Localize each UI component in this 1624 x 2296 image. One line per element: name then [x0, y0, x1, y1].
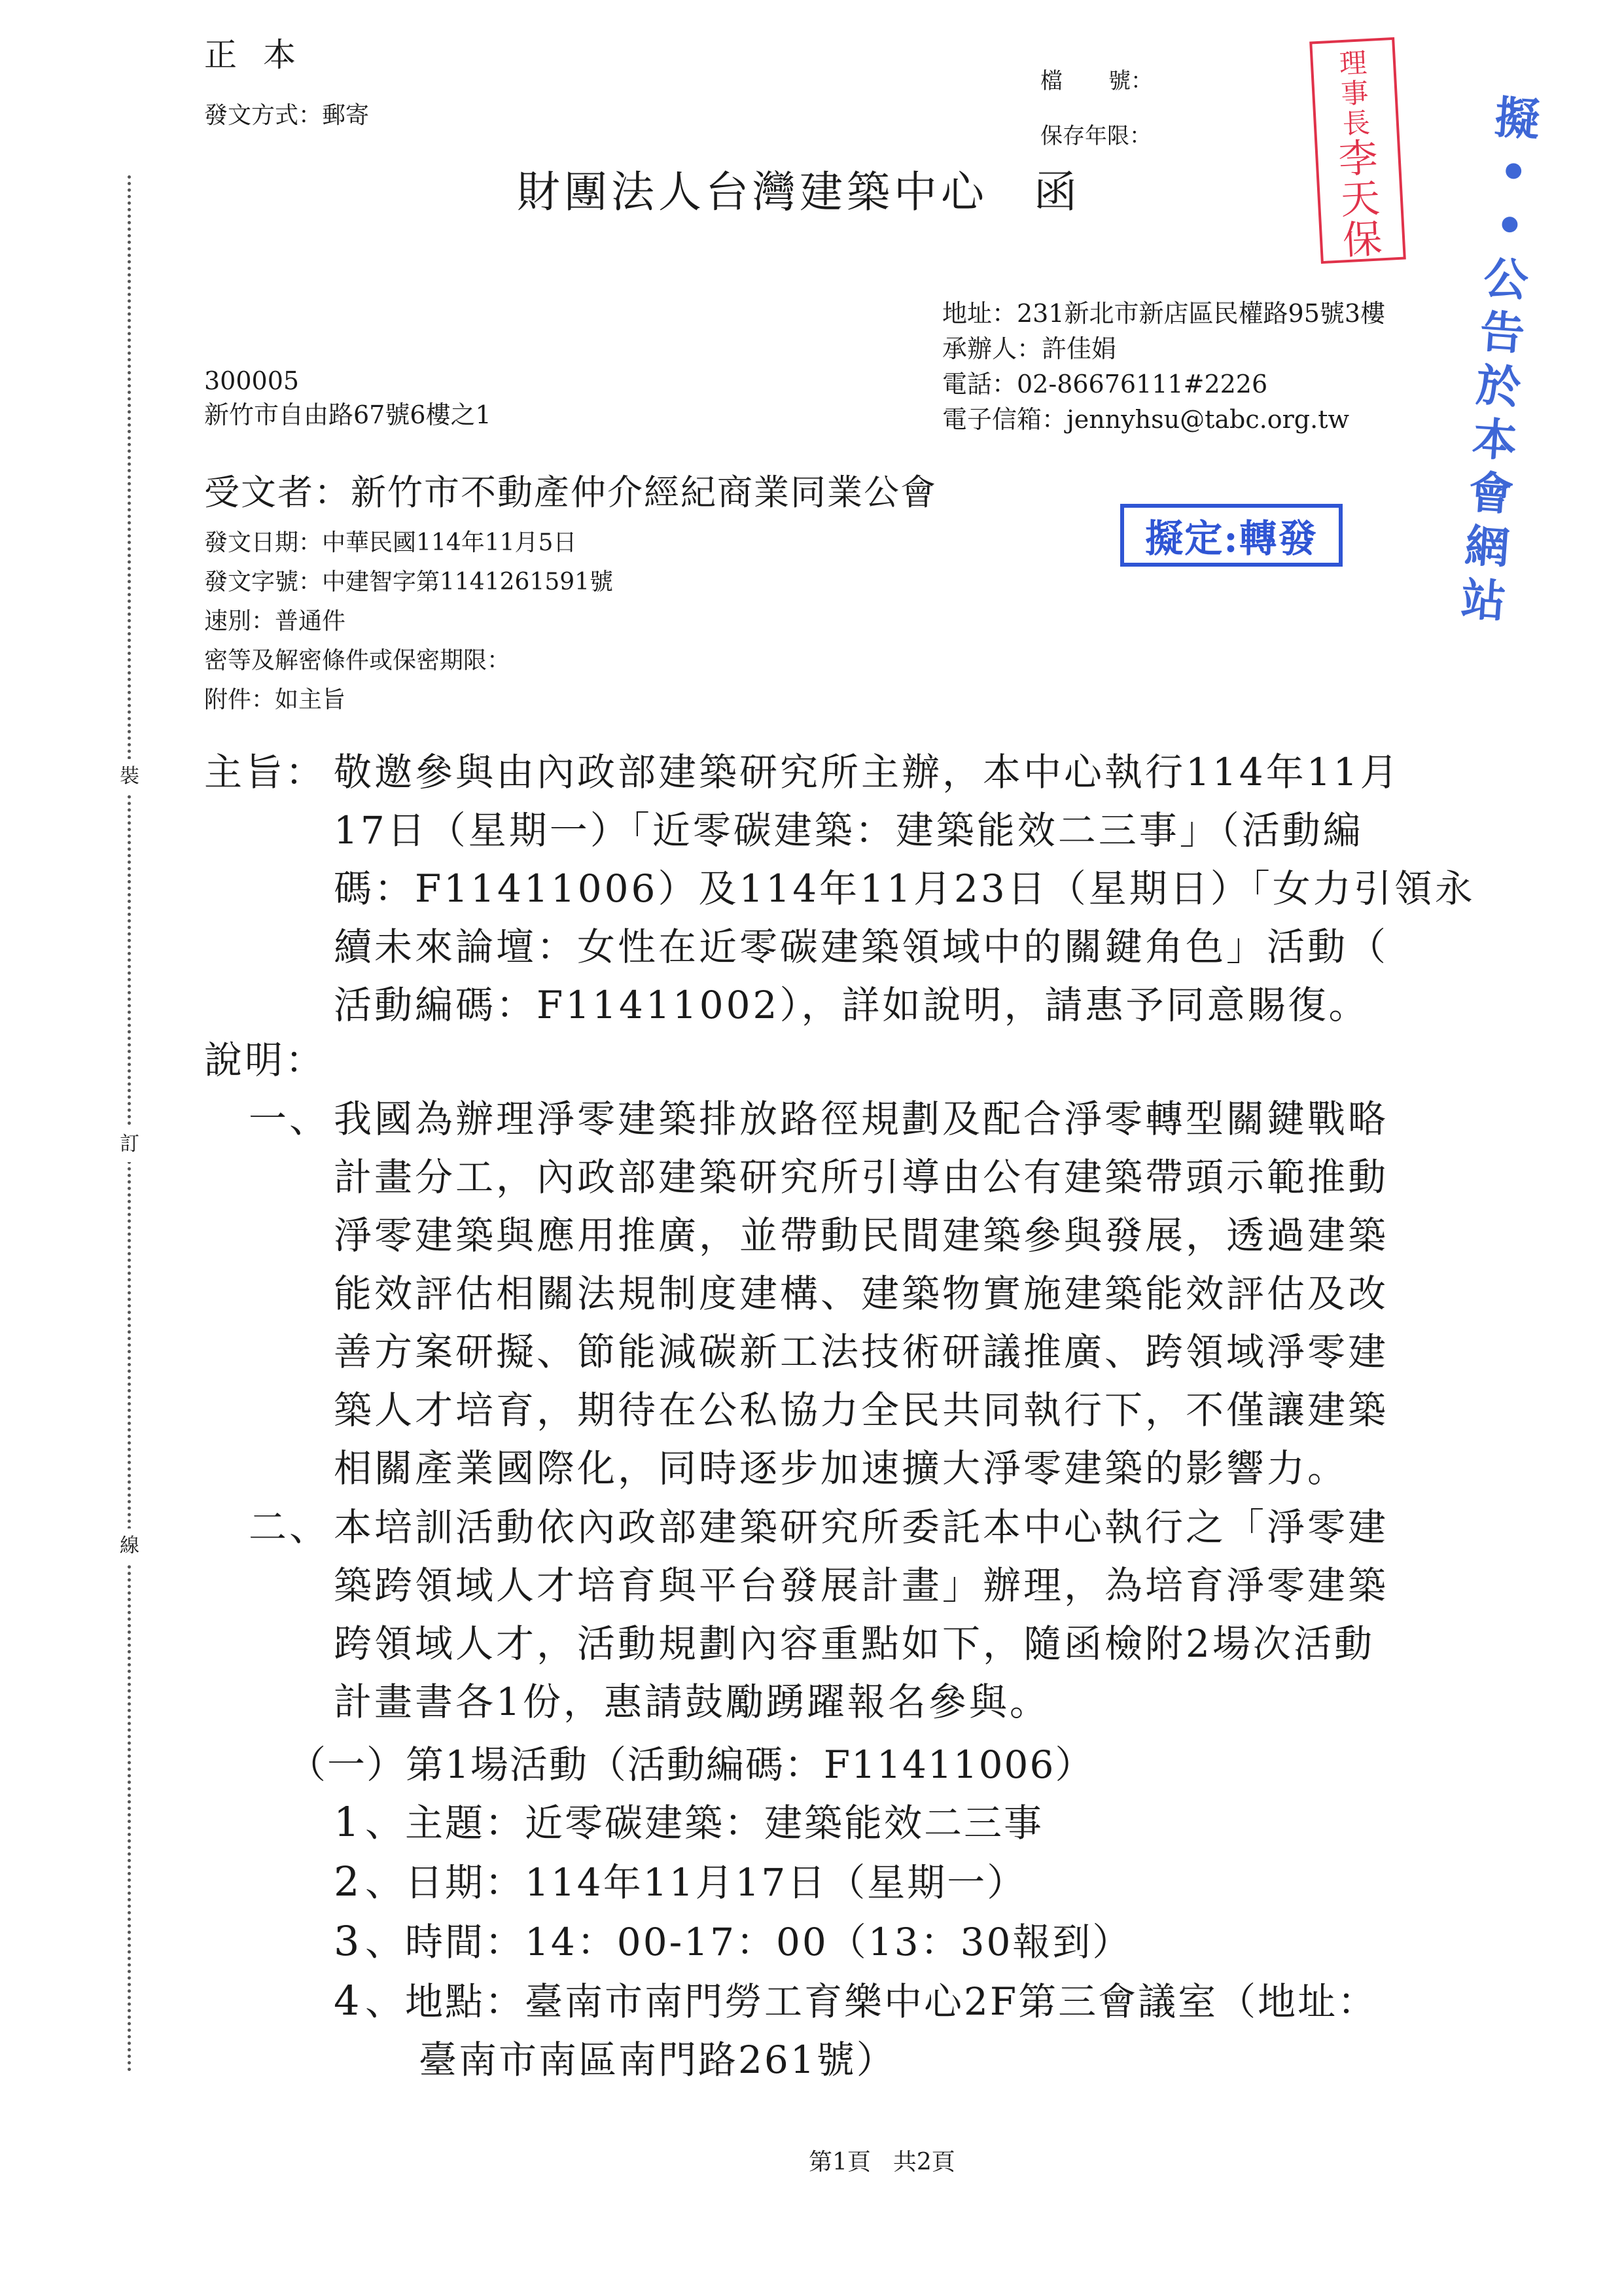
note-char: 告 — [1478, 305, 1527, 362]
subject-line: 敬邀參與由內政部建築研究所主辦，本中心執行114年11月 — [334, 743, 1475, 802]
note-char: 於 — [1474, 359, 1523, 415]
copy-type-label: 正本 — [204, 29, 322, 76]
binding-mark-xian: 線 — [115, 1528, 144, 1564]
send-method: 發文方式：郵寄 — [204, 97, 369, 130]
page-total: 共2頁 — [893, 2149, 955, 2176]
session-detail-location-continued: 臺南市南區南門路261號） — [334, 2031, 1377, 2089]
paragraph-line: 築人才培育，期待在公私協力全民共同執行下，不僅讓建築 — [334, 1381, 1388, 1439]
subject-text: 敬邀參與由內政部建築研究所主辦，本中心執行114年11月 17日（星期一）「近零… — [334, 743, 1475, 1034]
subject-line: 17日（星期一）「近零碳建築：建築能效二三事」（活動編 — [334, 802, 1475, 860]
paragraph-line: 跨領域人才，活動規劃內容重點如下，隨函檢附2場次活動 — [334, 1615, 1388, 1673]
paragraph-line: 計畫書各1份，惠請鼓勵踴躍報名參與。 — [334, 1673, 1388, 1731]
postal-code: 300005 — [204, 364, 491, 398]
session-detail-date: 2、日期：114年11月17日（星期一） — [334, 1852, 1377, 1912]
note-char: • — [1494, 198, 1526, 254]
binding-dotted-line — [128, 175, 131, 2073]
detail-number: 1 — [334, 1793, 365, 1851]
detail-text: 、日期：114年11月17日（星期一） — [365, 1860, 1027, 1905]
paragraph-line: 計畫分工，內政部建築研究所引導由公有建築帶頭示範推動 — [334, 1148, 1388, 1207]
stamp-char: 事 — [1340, 78, 1369, 109]
explanation-item-2: 本培訓活動依內政部建築研究所委託本中心執行之「淨零建 築跨領域人才培育與平台發展… — [334, 1498, 1388, 1731]
stamp-char: 保 — [1342, 219, 1383, 261]
paragraph-line: 本培訓活動依內政部建築研究所委託本中心執行之「淨零建 — [334, 1498, 1388, 1557]
classification: 密等及解密條件或保密期限： — [204, 641, 613, 680]
decision-forward-stamp: 擬定:轉發 — [1120, 504, 1343, 567]
file-number-label-2: 號： — [1108, 68, 1153, 94]
file-number-label-1: 檔 — [1040, 68, 1063, 94]
session-1-heading: （一）第1場活動（活動編碼：F11411006） — [288, 1734, 1094, 1789]
urgency: 速別：普通件 — [204, 602, 613, 641]
subject-label: 主旨： — [204, 743, 326, 802]
letter-type: 函 — [1034, 167, 1081, 217]
paragraph-line: 善方案研擬、節能減碳新工法技術研議推廣、跨領域淨零建 — [334, 1323, 1388, 1381]
attachment: 附件：如主旨 — [204, 680, 613, 720]
explanation-item-1: 我國為辦理淨零建築排放路徑規劃及配合淨零轉型關鍵戰略 計畫分工，內政部建築研究所… — [334, 1090, 1388, 1498]
document-meta: 發文日期：中華民國114年11月5日 發文字號：中建智字第1141261591號… — [204, 523, 613, 720]
detail-text: 、主題：近零碳建築：建築能效二三事 — [365, 1801, 1044, 1845]
sender-handler: 承辦人：許佳娟 — [942, 331, 1385, 366]
paragraph-line: 能效評估相關法規制度建構、建築物實施建築能效評估及改 — [334, 1265, 1388, 1323]
retention-period-field: 保存年限： — [1040, 118, 1152, 150]
sender-phone: 電話：02-86676111#2226 — [942, 366, 1385, 402]
chairman-seal-stamp: 理 事 長 李 天 保 — [1309, 37, 1406, 264]
stamp-char: 長 — [1342, 108, 1371, 139]
sender-address: 地址：231新北市新店區民權路95號3樓 — [942, 296, 1385, 331]
page-current: 第1頁 — [809, 2149, 871, 2176]
street-address: 新竹市自由路67號6樓之1 — [204, 398, 491, 432]
binding-mark-ding: 訂 — [115, 1127, 144, 1162]
paragraph-line: 築跨領域人才培育與平台發展計畫」辦理，為培育淨零建築 — [334, 1557, 1388, 1615]
stamp-char: 天 — [1339, 178, 1381, 221]
org-name: 財團法人台灣建築中心 — [517, 167, 988, 217]
note-char: 本 — [1471, 412, 1519, 468]
note-char: • — [1497, 145, 1529, 200]
session-detail-location: 4、地點：臺南市南門勞工育樂中心2F第三會議室（地址： — [334, 1971, 1377, 2031]
note-char: 網 — [1463, 519, 1511, 576]
detail-text: 、時間：14：00-17：00（13：30報到） — [365, 1920, 1132, 1964]
detail-number: 2 — [334, 1852, 365, 1911]
subject-line: 活動編碼：F11411002），詳如說明，請惠予同意賜復。 — [334, 976, 1475, 1034]
session-1-details: 1、主題：近零碳建築：建築能效二三事 2、日期：114年11月17日（星期一） … — [334, 1793, 1377, 2089]
note-char: 站 — [1459, 573, 1508, 629]
publish-on-website-note: 擬 • • 公 告 於 本 會 網 站 — [1446, 90, 1555, 630]
file-number-field: 檔號： — [1040, 63, 1153, 95]
detail-text: 、地點：臺南市南門勞工育樂中心2F第三會議室（地址： — [365, 1979, 1377, 2024]
explanation-item-1-marker: 一、 — [249, 1090, 330, 1148]
session-detail-time: 3、時間：14：00-17：00（13：30報到） — [334, 1912, 1377, 1971]
document-number: 發文字號：中建智字第1141261591號 — [204, 563, 613, 602]
letter-title: 財團法人台灣建築中心函 — [517, 157, 1081, 219]
explanation-item-2-marker: 二、 — [249, 1498, 330, 1557]
issue-date: 發文日期：中華民國114年11月5日 — [204, 523, 613, 563]
stamp-char: 李 — [1337, 137, 1379, 180]
note-char: 公 — [1482, 251, 1530, 308]
explanation-label: 說明： — [204, 1031, 326, 1089]
sender-email: 電子信箱：jennyhsu@tabc.org.tw — [942, 402, 1385, 437]
recipient-mailing-address: 300005 新竹市自由路67號6樓之1 — [204, 364, 491, 432]
subject-line: 續未來論壇：女性在近零碳建築領域中的關鍵角色」活動（ — [334, 918, 1475, 976]
subject-line: 碼：F11411006）及114年11月23日（星期日）「女力引領永 — [334, 860, 1475, 918]
stamp-char: 理 — [1339, 48, 1368, 79]
page-indicator: 第1頁共2頁 — [809, 2144, 955, 2177]
detail-number: 3 — [334, 1912, 365, 1970]
sender-contact-block: 地址：231新北市新店區民權路95號3樓 承辦人：許佳娟 電話：02-86676… — [942, 296, 1385, 437]
note-char: 會 — [1467, 465, 1515, 522]
binding-mark-zhuang: 裝 — [115, 759, 144, 794]
paragraph-line: 相關產業國際化，同時逐步加速擴大淨零建築的影響力。 — [334, 1439, 1388, 1498]
session-detail-topic: 1、主題：近零碳建築：建築能效二三事 — [334, 1793, 1377, 1852]
detail-number: 4 — [334, 1971, 365, 2030]
note-char: 擬 — [1493, 91, 1542, 148]
paragraph-line: 淨零建築與應用推廣，並帶動民間建築參與發展，透過建築 — [334, 1207, 1388, 1265]
recipient: 受文者：新竹市不動產仲介經紀商業同業公會 — [204, 465, 937, 515]
paragraph-line: 我國為辦理淨零建築排放路徑規劃及配合淨零轉型關鍵戰略 — [334, 1090, 1388, 1148]
